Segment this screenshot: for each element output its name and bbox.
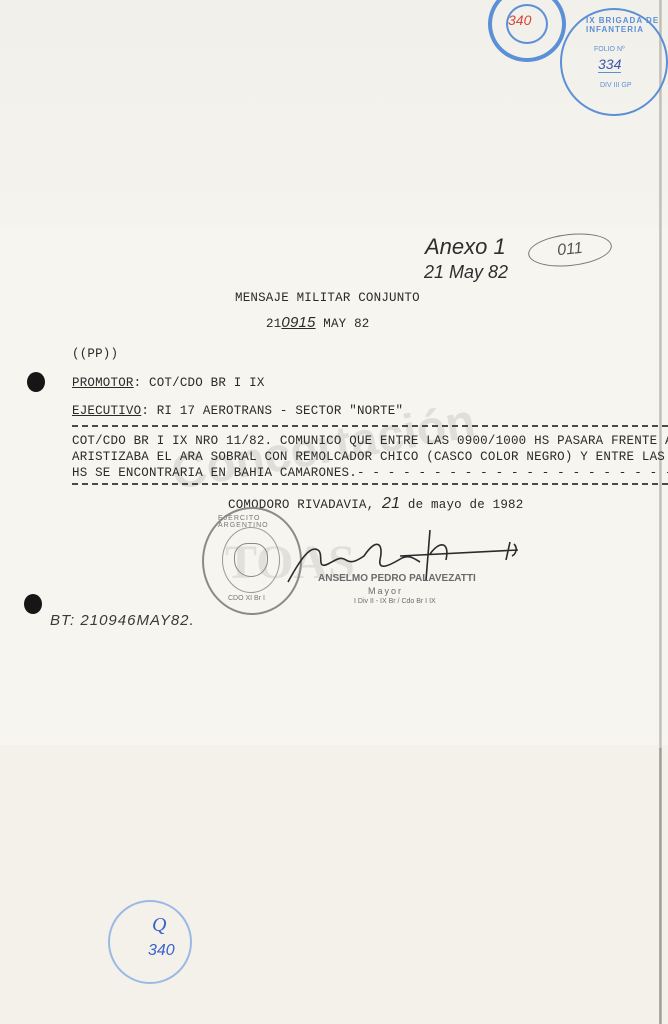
annex-label: Anexo 1 [425,234,506,260]
page-edge-lower [659,748,662,1024]
place-date: COMODORO RIVADAVIA, 21 de mayo de 1982 [228,495,523,513]
archive-stamp-number: 340 [508,12,531,28]
seal-bottom-text: CDO XI Br I [228,595,265,602]
coat-of-arms-icon [234,543,268,577]
date-rest: de mayo de 1982 [400,498,523,512]
date-time-group: 210915 MAY 82 [266,314,370,331]
dtg-month-year: MAY 82 [316,317,370,331]
separator-bottom [72,483,668,485]
ejecutivo-line: EJECUTIVO: RI 17 AEROTRANS - SECTOR "NOR… [72,404,403,418]
bottom-stamp-number: 340 [148,942,175,960]
punch-hole [24,594,42,614]
dtg-day: 21 [266,317,281,331]
message-title: MENSAJE MILITAR CONJUNTO [235,291,420,305]
folio-stamp-arc-text: IX BRIGADA DE INFANTERIA [586,16,666,34]
bt-annotation: BT: 210946MAY82. [50,612,195,629]
folio-number: 334 [598,56,621,73]
promotor-value: : COT/CDO BR I IX [134,376,265,390]
promotor-label: PROMOTOR [72,376,134,390]
ejecutivo-label: EJECUTIVO [72,404,141,418]
ejecutivo-value: : RI 17 AEROTRANS - SECTOR "NORTE" [141,404,403,418]
message-body-line: HS SE ENCONTRARIA EN BAHIA CAMARONES.- -… [72,466,668,480]
folio-label: FOLIO Nº [594,46,625,53]
precedence: ((PP)) [72,347,118,361]
annex-date: 21 May 82 [424,262,508,283]
folio-stamp-sub: DIV III GP [600,82,632,89]
folio-stamp: IX BRIGADA DE INFANTERIA FOLIO Nº 334 DI… [560,8,668,116]
separator-top [72,425,668,427]
signer-name: ANSELMO PEDRO PALAVEZATTI [318,573,476,584]
message-sheet [0,228,668,748]
message-body-line: COT/CDO BR I IX NRO 11/82. COMUNICO QUE … [72,434,668,448]
bottom-folio-stamp: Q 340 [108,900,192,984]
signer-rank: Mayor [368,586,403,596]
signer-unit: I Div II - IX Br / Cdo Br I IX [354,598,436,605]
dtg-time-handwritten: 0915 [281,314,315,331]
promotor-line: PROMOTOR: COT/CDO BR I IX [72,376,265,390]
message-body-line: ARISTIZABA EL ARA SOBRAL CON REMOLCADOR … [72,450,668,464]
punch-hole [27,372,45,392]
underlying-page [0,745,668,1024]
day-handwritten: 21 [382,495,400,512]
bottom-stamp-initial: Q [152,914,166,937]
